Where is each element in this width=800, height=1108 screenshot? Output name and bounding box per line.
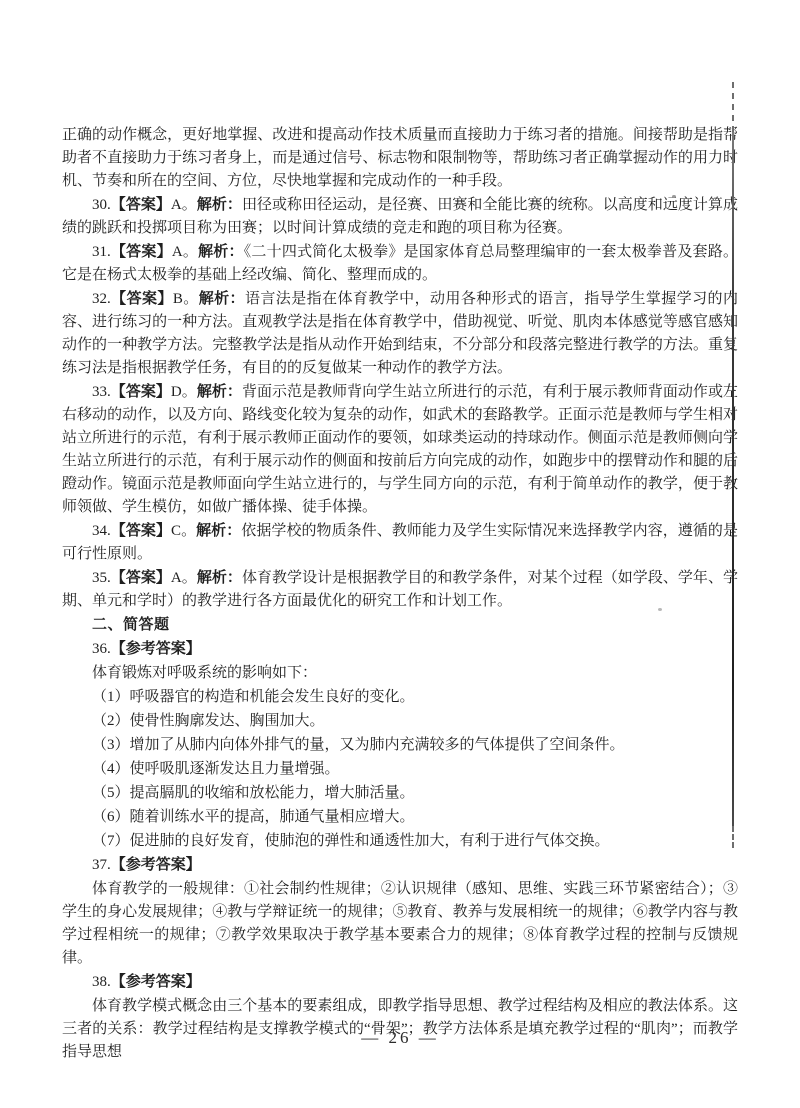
analysis-label: 解析： xyxy=(197,384,242,400)
answer-31: 31.【答案】A。解析：《二十四式简化太极拳》是国家体育总局整理编审的一套太极拳… xyxy=(62,241,738,287)
scan-artifact-line xyxy=(732,82,734,848)
paragraph-text: （1）呼吸器官的构造和机能会发生良好的变化。 xyxy=(92,689,415,705)
answer-36-item-3: （3）增加了从肺内向体外排气的量，又为肺内充满较多的气体提供了空间条件。 xyxy=(62,734,738,757)
scan-speck xyxy=(658,608,662,611)
answer-34: 34.【答案】C。解析：依据学校的物质条件、教师能力及学生实际情况来选择教学内容… xyxy=(62,520,738,566)
analysis-label: 解析： xyxy=(198,244,244,260)
paragraph-text: （4）使呼吸肌逐渐发达且力量增强。 xyxy=(92,761,340,777)
answer-label: 【答案】 xyxy=(111,244,172,260)
reference-answer-37: 37.【参考答案】 xyxy=(62,854,738,877)
section-title-text: 二、简答题 xyxy=(92,617,170,633)
answer-36-item-2: （2）使骨性胸廓发达、胸围加大。 xyxy=(62,710,738,733)
answer-36-item-7: （7）促进肺的良好发育，使肺泡的弹性和通透性加大，有利于进行气体交换。 xyxy=(62,830,738,853)
paragraph-text: 体育教学的一般规律：①社会制约性规律；②认识规律（感知、思维、实践三环节紧密结合… xyxy=(62,881,738,966)
analysis-text: 背面示范是教师背向学生站立所进行的示范，有利于展示教师背面动作或左右移动的动作，… xyxy=(62,384,738,515)
paragraph-text: （3）增加了从肺内向体外排气的量，又为肺内充满较多的气体提供了空间条件。 xyxy=(92,737,625,753)
item-number: 33. xyxy=(92,384,111,400)
answer-label: 【答案】 xyxy=(111,570,171,586)
analysis-label: 解析： xyxy=(197,197,242,213)
answer-29-continuation: 正确的动作概念，更好地掌握、改进和提高动作技术质量而直接助力于练习者的措施。间接… xyxy=(62,124,738,193)
item-number: 34. xyxy=(92,523,111,539)
scan-artifact-line-solid xyxy=(732,132,734,826)
answer-36-intro: 体育锻炼对呼吸系统的影响如下： xyxy=(62,662,738,685)
answer-label: 【答案】 xyxy=(111,291,173,307)
answer-choice: A。 xyxy=(172,244,198,260)
answer-36-item-5: （5）提高膈肌的收缩和放松能力，增大肺活量。 xyxy=(62,782,738,805)
page-number-footer: — 26 — xyxy=(0,1028,800,1048)
answer-choice: A。 xyxy=(171,197,197,213)
item-number: 31. xyxy=(92,244,111,260)
reference-answer-label: 【参考答案】 xyxy=(111,974,201,990)
item-number: 36. xyxy=(92,641,111,657)
answer-36-item-6: （6）随着训练水平的提高，肺通气量相应增大。 xyxy=(62,806,738,829)
paragraph-text: （6）随着训练水平的提高，肺通气量相应增大。 xyxy=(92,809,415,825)
item-number: 38. xyxy=(92,974,111,990)
answer-37-body: 体育教学的一般规律：①社会制约性规律；②认识规律（感知、思维、实践三环节紧密结合… xyxy=(62,878,738,970)
answer-label: 【答案】 xyxy=(111,197,171,213)
analysis-label: 解析： xyxy=(197,570,242,586)
scan-speck xyxy=(672,195,676,198)
analysis-label: 解析： xyxy=(196,523,241,539)
answer-label: 【答案】 xyxy=(111,523,171,539)
paragraph-text: 正确的动作概念，更好地掌握、改进和提高动作技术质量而直接助力于练习者的措施。间接… xyxy=(62,127,738,189)
reference-answer-36: 36.【参考答案】 xyxy=(62,638,738,661)
answer-30: 30.【答案】A。解析：田径或称田径运动，是径赛、田赛和全能比赛的统称。以高度和… xyxy=(62,194,738,240)
section-title-short-answer: 二、简答题 xyxy=(62,614,738,637)
item-number: 35. xyxy=(92,570,111,586)
paragraph-text: 体育锻炼对呼吸系统的影响如下： xyxy=(92,665,317,681)
answer-35: 35.【答案】A。解析：体育教学设计是根据教学目的和教学条件，对某个过程（如学段… xyxy=(62,567,738,613)
answer-choice: A。 xyxy=(171,570,197,586)
answer-choice: B。 xyxy=(173,291,199,307)
analysis-label: 解析： xyxy=(199,291,245,307)
paragraph-text: （2）使骨性胸廓发达、胸围加大。 xyxy=(92,713,325,729)
answer-36-item-4: （4）使呼吸肌逐渐发达且力量增强。 xyxy=(62,758,738,781)
scan-artifact-line-dashed-top xyxy=(732,82,734,132)
document-body: 正确的动作概念，更好地掌握、改进和提高动作技术质量而直接助力于练习者的措施。间接… xyxy=(62,124,738,1065)
item-number: 30. xyxy=(92,197,111,213)
reference-answer-label: 【参考答案】 xyxy=(111,857,201,873)
answer-choice: C。 xyxy=(171,523,196,539)
answer-32: 32.【答案】B。解析：语言法是指在体育教学中，动用各种形式的语言，指导学生掌握… xyxy=(62,288,738,380)
reference-answer-38: 38.【参考答案】 xyxy=(62,971,738,994)
item-number: 37. xyxy=(92,857,111,873)
answer-36-item-1: （1）呼吸器官的构造和机能会发生良好的变化。 xyxy=(62,686,738,709)
answer-33: 33.【答案】D。解析：背面示范是教师背向学生站立所进行的示范，有利于展示教师背… xyxy=(62,381,738,519)
paragraph-text: （7）促进肺的良好发育，使肺泡的弹性和通透性加大，有利于进行气体交换。 xyxy=(92,833,610,849)
answer-choice: D。 xyxy=(171,384,197,400)
paragraph-text: （5）提高膈肌的收缩和放松能力，增大肺活量。 xyxy=(92,785,415,801)
scan-artifact-line-dashed-bottom xyxy=(732,826,734,848)
reference-answer-label: 【参考答案】 xyxy=(111,641,201,657)
item-number: 32. xyxy=(92,291,111,307)
scanned-document-page: 正确的动作概念，更好地掌握、改进和提高动作技术质量而直接助力于练习者的措施。间接… xyxy=(0,0,800,1108)
answer-label: 【答案】 xyxy=(111,384,171,400)
